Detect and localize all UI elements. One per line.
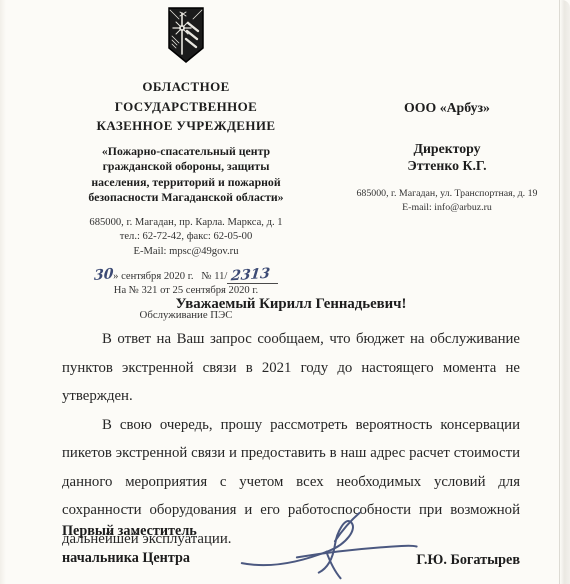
org-name-line: безопасности Магаданской области»: [55, 190, 317, 206]
letter-document: ОБЛАСТНОЕ ГОСУДАРСТВЕННОЕ КАЗЕННОЕ УЧРЕЖ…: [0, 0, 570, 584]
org-name: «Пожарно-спасательный центр гражданской …: [55, 144, 317, 206]
recipient-title: Директору: [338, 140, 556, 157]
org-type-line: ГОСУДАРСТВЕННОЕ: [55, 97, 317, 117]
org-name-line: гражданской обороны, защиты: [55, 159, 317, 175]
sender-address: 685000, г. Магадан, пр. Карла. Маркса, д…: [55, 216, 317, 231]
sender-contacts: 685000, г. Магадан, пр. Карла. Маркса, д…: [55, 216, 317, 260]
recipient-addressee: Директору Эттенко К.Г.: [338, 140, 556, 174]
signer-name: Г.Ю. Богатырев: [416, 552, 520, 572]
handwritten-signature-icon: [238, 510, 428, 582]
recipient-address: 685000, г. Магадан, ул. Транспортная, д.…: [338, 187, 556, 200]
handwritten-day: 30: [93, 265, 113, 283]
recipient-block: ООО «Арбуз» Директору Эттенко К.Г. 68500…: [338, 100, 556, 214]
date-number-line: 30» сентября 2020 г. № 11/2313: [55, 267, 317, 284]
signer-position: Первый заместитель начальника Центра: [62, 518, 197, 572]
paragraph: В ответ на Ваш запрос сообщаем, что бюдж…: [62, 325, 520, 411]
page-left-shadow: [0, 0, 6, 584]
org-name-line: «Пожарно-спасательный центр: [55, 144, 317, 160]
reference-line: На № 321 от 25 сентября 2020 г.: [55, 285, 317, 296]
sender-phone: тел.: 62-72-42, факс: 62-05-00: [55, 230, 317, 245]
date-text: » сентября 2020 г.: [113, 271, 193, 282]
org-type-line: КАЗЕННОЕ УЧРЕЖДЕНИЕ: [55, 116, 317, 136]
coat-of-arms-icon: [166, 6, 206, 64]
org-type: ОБЛАСТНОЕ ГОСУДАРСТВЕННОЕ КАЗЕННОЕ УЧРЕЖ…: [55, 77, 317, 136]
recipient-email: E-mail: info@arbuz.ru: [338, 201, 556, 214]
recipient-company: ООО «Арбуз»: [338, 100, 556, 116]
sender-email: E-Mail: mpsc@49gov.ru: [55, 245, 317, 260]
recipient-name: Эттенко К.Г.: [338, 157, 556, 174]
sender-letterhead: ОБЛАСТНОЕ ГОСУДАРСТВЕННОЕ КАЗЕННОЕ УЧРЕЖ…: [55, 6, 317, 321]
signer-position-line: начальника Центра: [62, 545, 197, 572]
signer-position-line: Первый заместитель: [62, 518, 197, 545]
org-type-line: ОБЛАСТНОЕ: [55, 77, 317, 97]
handwritten-number: 2313: [231, 265, 272, 284]
org-name-line: населения, территорий и пожарной: [55, 175, 317, 191]
outgoing-number-prefix: № 11/: [201, 271, 227, 282]
recipient-contacts: 685000, г. Магадан, ул. Транспортная, д.…: [338, 187, 556, 214]
handwritten-number-underline: 2313: [227, 267, 278, 284]
salutation: Уважаемый Кирилл Геннадьевич!: [62, 296, 520, 313]
page-right-edge: [559, 0, 570, 584]
